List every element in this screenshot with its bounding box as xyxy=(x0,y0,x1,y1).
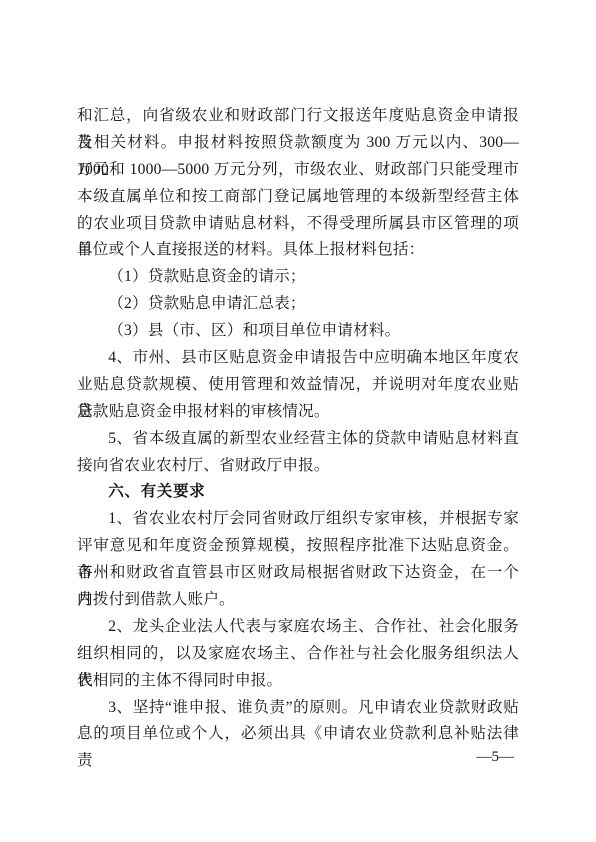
text-line: 万元和 1000—5000 万元分列，市级农业、财政部门只能受理市 xyxy=(77,157,519,184)
text-line: 接向省农业农村厅、省财政厅申报。 xyxy=(77,453,519,480)
text-line: 内拨付到借款人账户。 xyxy=(77,587,519,614)
text-line: 组织相同的，以及家庭农场主、合作社与社会化服务组织法人代 xyxy=(77,641,519,668)
section-heading: 六、有关要求 xyxy=(77,479,519,506)
text-line: 3、坚持“谁申报、谁负责”的原则。凡申请农业贷款财政贴 xyxy=(77,695,519,722)
text-line: 本级直属单位和按工商部门登记属地管理的本级新型经营主体 xyxy=(77,184,519,211)
document-page: 和汇总，向省级农业和财政部门行文报送年度贴息资金申请报告及相关材料。申报材料按照… xyxy=(0,0,596,842)
text-line: （3）县（市、区）和项目单位申请材料。 xyxy=(77,318,519,345)
text-line: 1、省农业农村厅会同省财政厅组织专家审核，并根据专家 xyxy=(77,506,519,533)
text-line: 4、市州、县市区贴息资金申请报告中应明确本地区年度农 xyxy=(77,345,519,372)
text-line: 贷款贴息资金申报材料的审核情况。 xyxy=(77,399,519,426)
text-line: 及相关材料。申报材料按照贷款额度为 300 万元以内、300—1000 xyxy=(77,130,519,157)
text-line: （2）贷款贴息申请汇总表； xyxy=(77,291,519,318)
text-line: 单位或个人直接报送的材料。具体上报材料包括： xyxy=(77,237,519,264)
text-line: 息的项目单位或个人，必须出具《申请农业贷款利息补贴法律责 xyxy=(77,721,519,748)
text-line: 市州和财政省直管县市区财政局根据省财政下达资金，在一个月 xyxy=(77,560,519,587)
page-number: —5— xyxy=(477,747,515,767)
text-line: 表相同的主体不得同时申报。 xyxy=(77,668,519,695)
document-body: 和汇总，向省级农业和财政部门行文报送年度贴息资金申请报告及相关材料。申报材料按照… xyxy=(77,103,519,748)
text-line: 业贴息贷款规模、使用管理和效益情况，并说明对年度农业贴息 xyxy=(77,372,519,399)
text-line: 5、省本级直属的新型农业经营主体的贷款申请贴息材料直 xyxy=(77,426,519,453)
text-line: 和汇总，向省级农业和财政部门行文报送年度贴息资金申请报告 xyxy=(77,103,519,130)
text-line: 的农业项目贷款申请贴息材料，不得受理所属县市区管理的项目 xyxy=(77,211,519,238)
text-line: 评审意见和年度资金预算规模，按照程序批准下达贴息资金。各 xyxy=(77,533,519,560)
text-line: 2、龙头企业法人代表与家庭农场主、合作社、社会化服务 xyxy=(77,614,519,641)
text-line: （1）贷款贴息资金的请示； xyxy=(77,264,519,291)
